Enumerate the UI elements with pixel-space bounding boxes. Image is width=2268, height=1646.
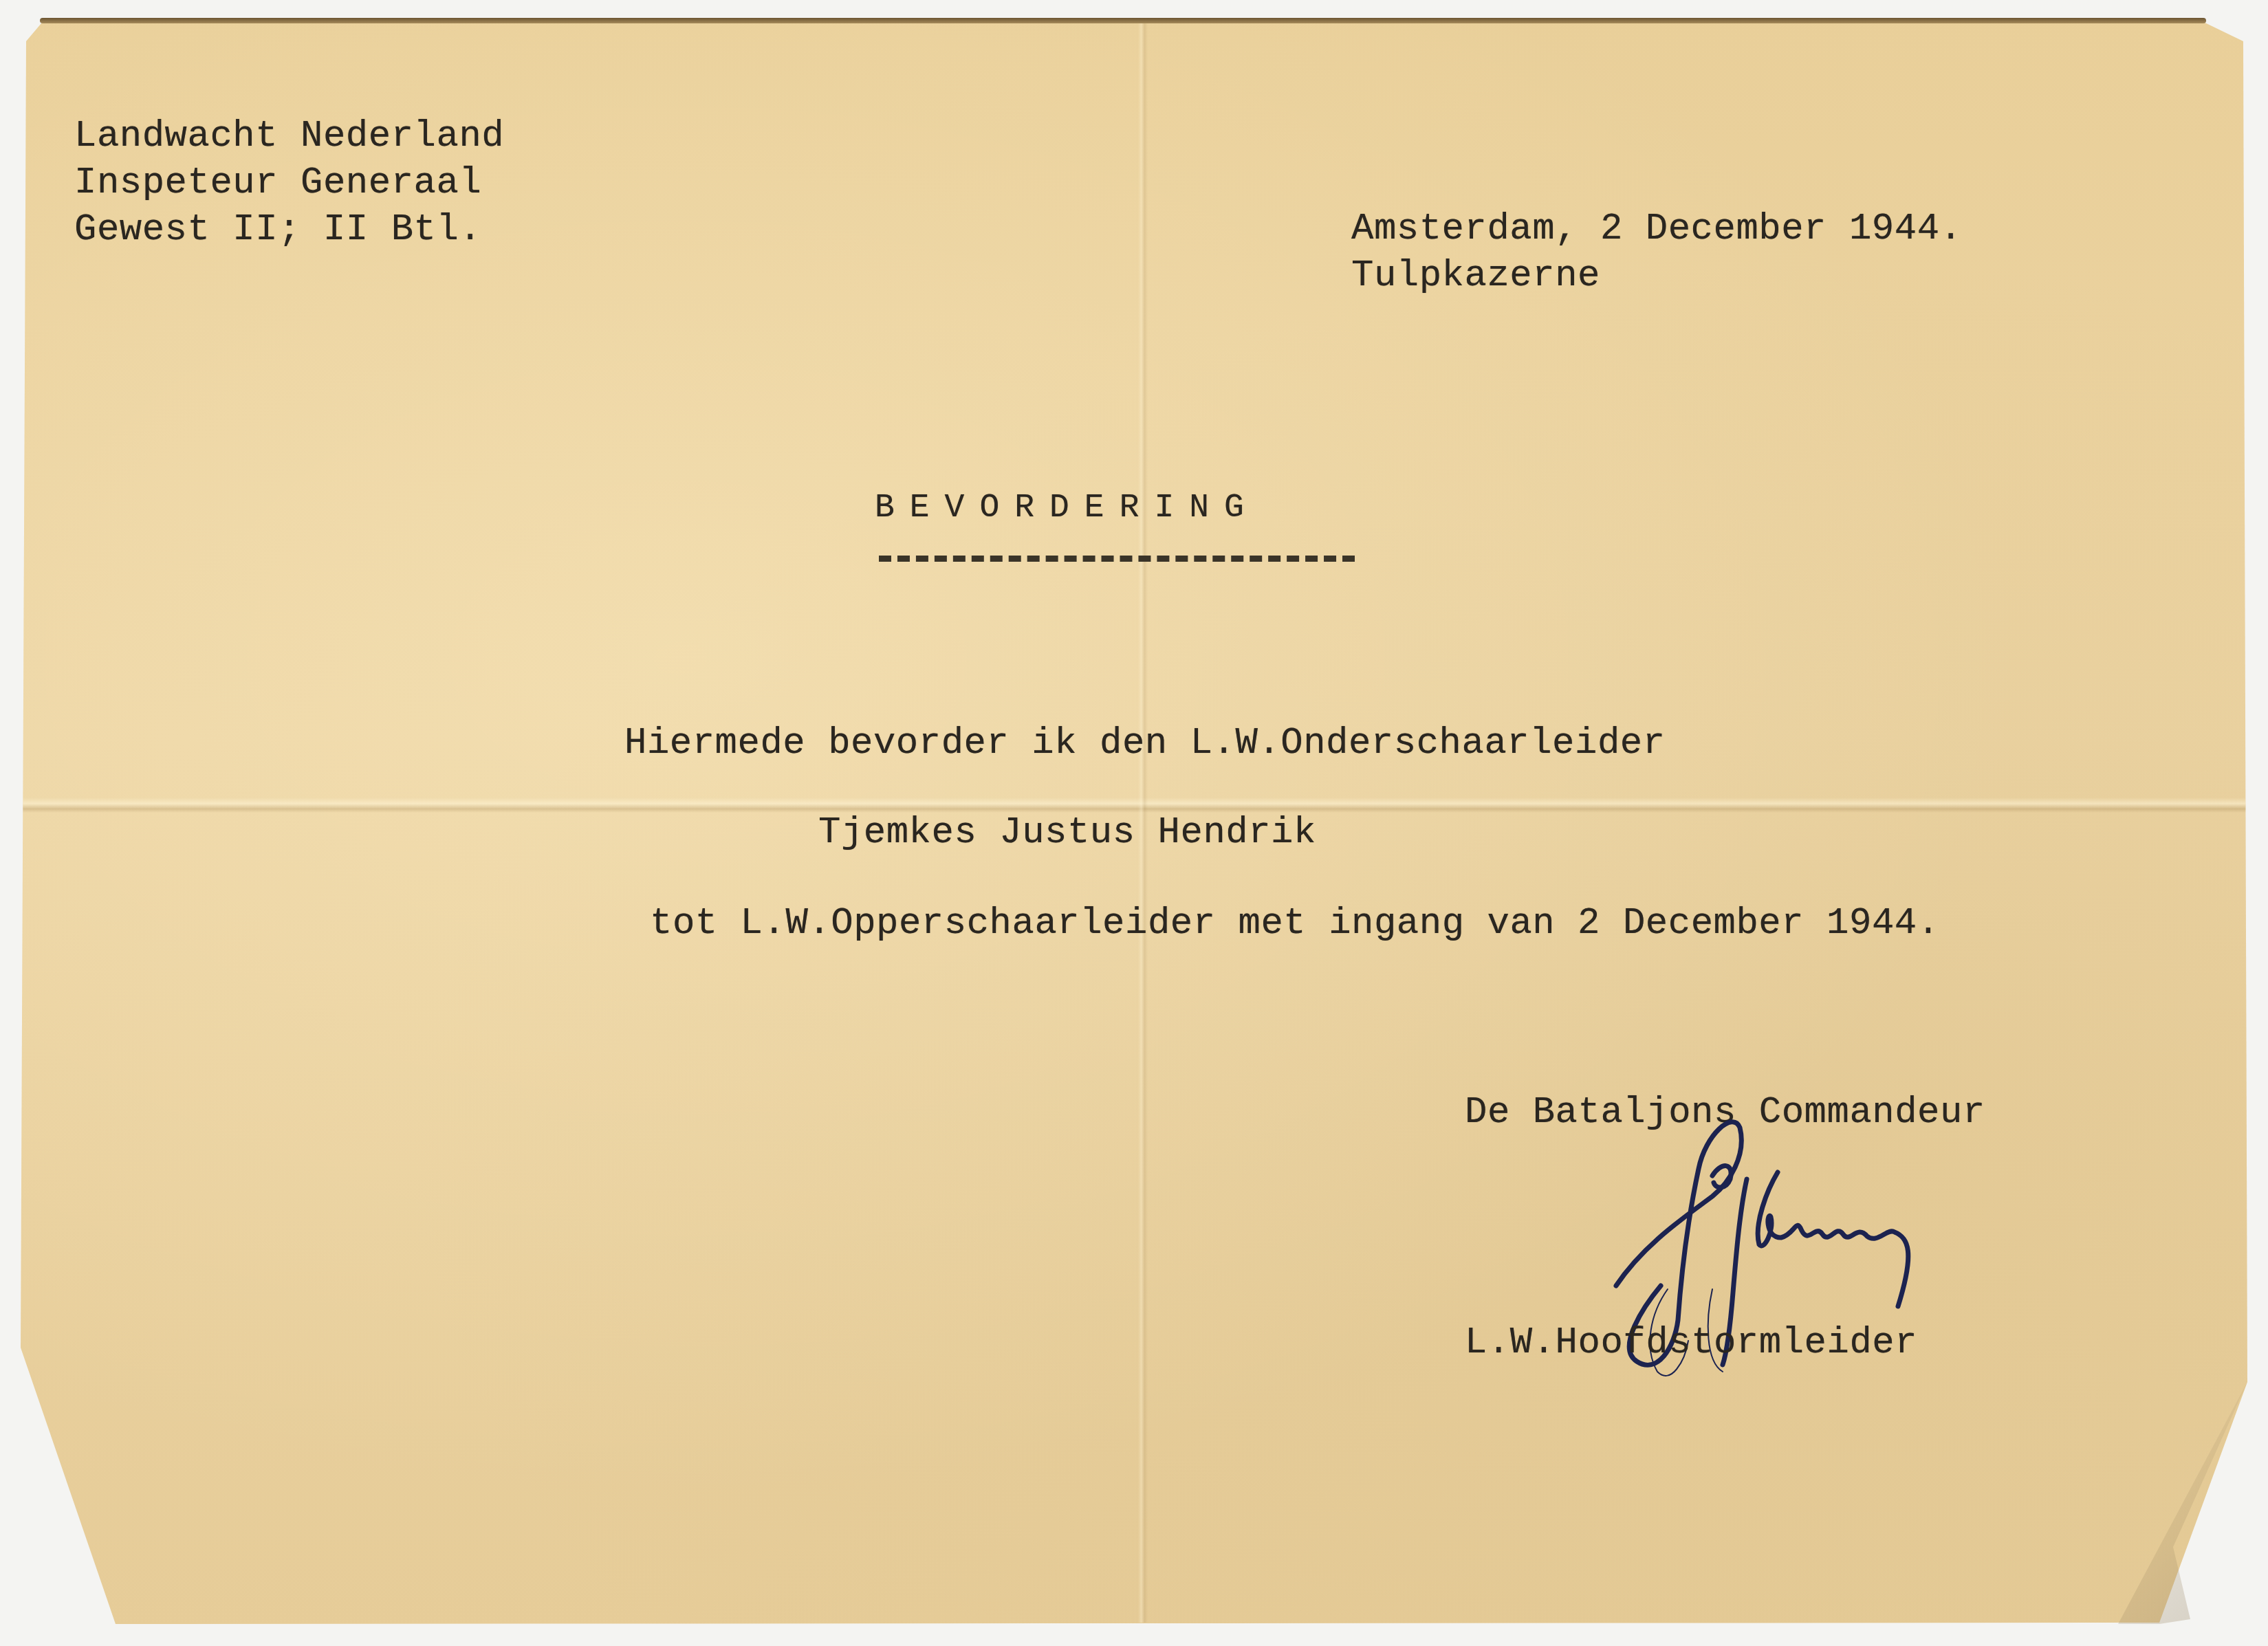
location: Tulpkazerne [1351,253,1962,300]
sender-line-unit: Gewest II; II Btl. [74,207,504,254]
body-line-3: tot L.W.Opperschaarleider met ingang van… [650,901,1940,947]
sender-line-organization: Landwacht Nederland [74,113,504,160]
document-title: BEVORDERING [875,485,1259,531]
sender-line-office: Inspeteur Generaal [74,160,504,207]
signatory-rank: L.W.Hoofdstormleider [1465,1320,1917,1367]
place-date-block: Amsterdam, 2 December 1944.Tulpkazerne [1351,206,1962,300]
body-line-1: Hiermede bevorder ik den L.W.Onderschaar… [624,721,1666,767]
place-date: Amsterdam, 2 December 1944. [1351,206,1962,253]
body-line-name: Tjemkes Justus Hendrik [818,810,1316,857]
sender-block: Landwacht NederlandInspeteur GeneraalGew… [74,113,504,254]
title-underline [879,556,1355,562]
paper-top-edge [40,18,2206,23]
